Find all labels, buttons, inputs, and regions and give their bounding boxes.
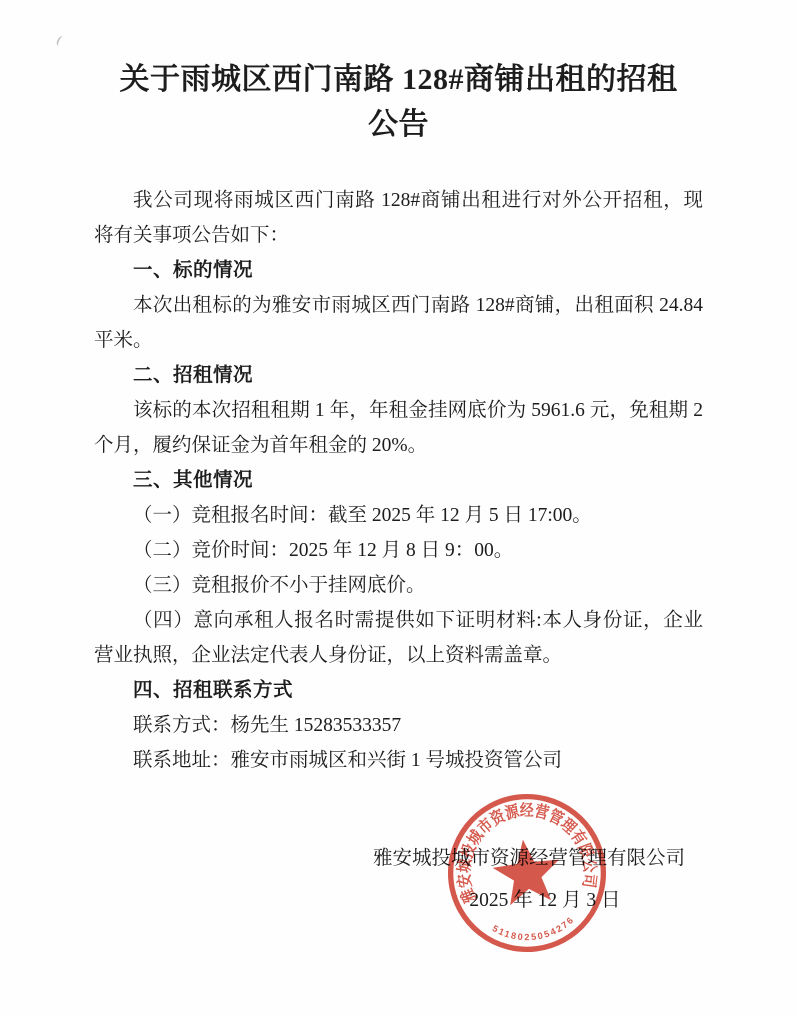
section-heading: 二、招租情况	[94, 358, 703, 393]
announcement-document: 关于雨城区西门南路 128#商铺出租的招租 公告 我公司现将雨城区西门南路 12…	[0, 0, 797, 1016]
list-item: （三）竞租报价不小于挂网底价。	[94, 568, 703, 603]
company-seal-graphic: 雅安城投城市资源经营管理有限公司 5118025054276	[433, 779, 620, 966]
section-heading: 一、标的情况	[94, 253, 703, 288]
section-heading: 四、招租联系方式	[94, 673, 703, 708]
paragraph: 本次出租标的为雅安市雨城区西门南路 128#商铺，出租面积 24.84 平米。	[94, 288, 703, 358]
contact-address-line: 联系地址：雅安市雨城区和兴街 1 号城投资管公司	[94, 743, 703, 778]
document-body: 我公司现将雨城区西门南路 128#商铺出租进行对外公开招租，现将有关事项公告如下…	[94, 183, 703, 778]
paragraph: 我公司现将雨城区西门南路 128#商铺出租进行对外公开招租，现将有关事项公告如下…	[94, 183, 703, 253]
section-heading: 三、其他情况	[94, 463, 703, 498]
document-title: 关于雨城区西门南路 128#商铺出租的招租 公告	[0, 0, 797, 147]
star-icon	[490, 836, 564, 907]
document-title-line2: 公告	[368, 108, 429, 141]
contact-phone-line: 联系方式：杨先生 15283533357	[94, 708, 703, 743]
list-item: （二）竞价时间：2025 年 12 月 8 日 9：00。	[94, 533, 703, 568]
list-item: （四）意向承租人报名时需提供如下证明材料:本人身份证，企业营业执照，企业法定代表…	[94, 603, 703, 673]
company-seal: 雅安城投城市资源经营管理有限公司 5118025054276	[433, 779, 620, 966]
paragraph: 该标的本次招租租期 1 年，年租金挂网底价为 5961.6 元，免租期 2 个月…	[94, 393, 703, 463]
list-item: （一）竞租报名时间：截至 2025 年 12 月 5 日 17:00。	[94, 498, 703, 533]
document-title-line1: 关于雨城区西门南路 128#商铺出租的招租	[120, 63, 678, 96]
